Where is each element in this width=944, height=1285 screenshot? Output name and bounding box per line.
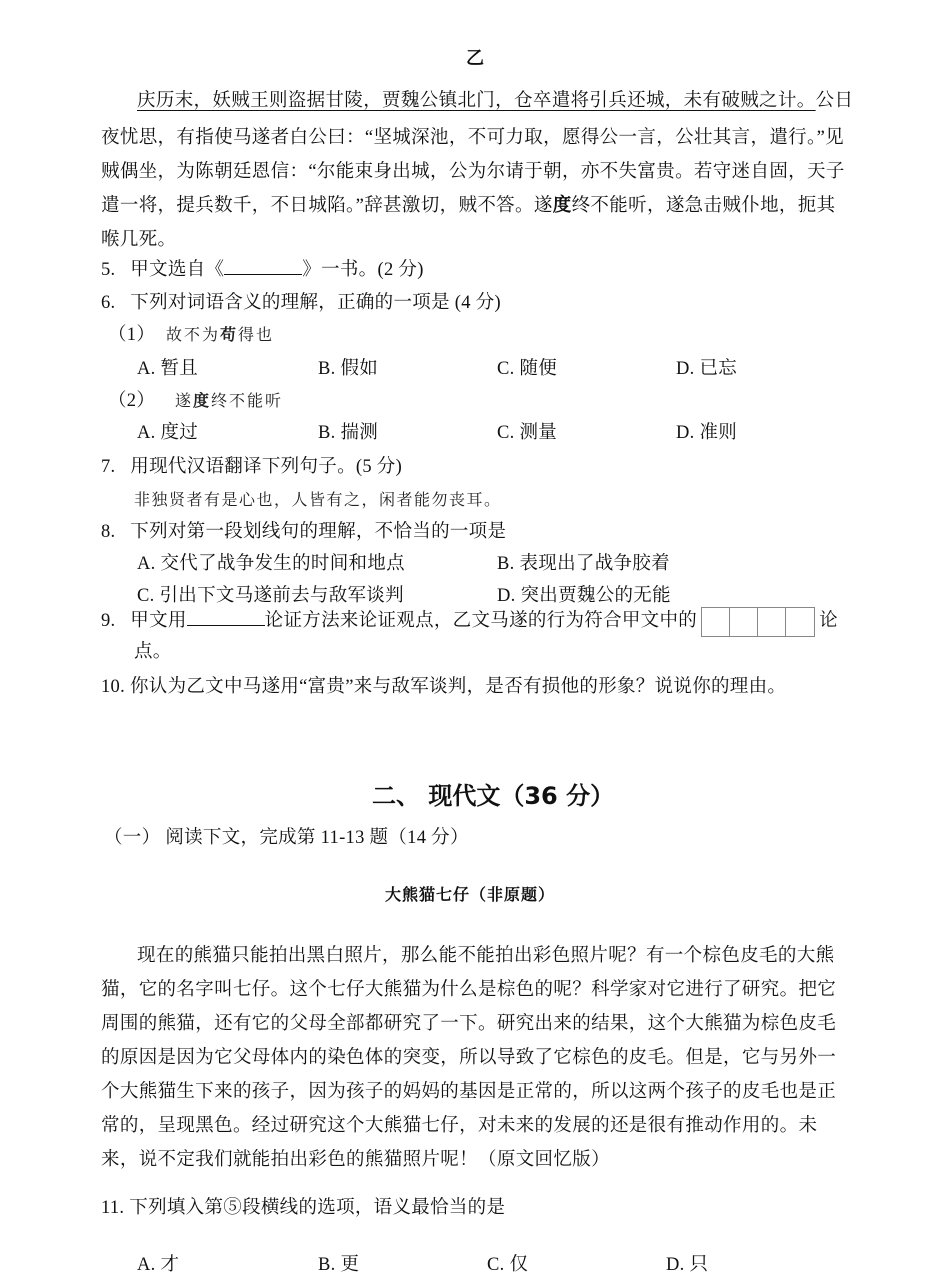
answer-blank[interactable]	[224, 256, 302, 275]
answer-box[interactable]	[786, 608, 814, 636]
q6-sub2-option-a[interactable]: A. 度过	[137, 418, 198, 444]
phrase-pre: 故不为	[166, 325, 220, 344]
question-text: 下列对词语含义的理解，正确的一项是 (4 分)	[130, 293, 501, 313]
line-pre: 遣一将，提兵数千，不日城陷。”辞甚激切，贼不答。遂	[101, 196, 553, 216]
article-line-6: 常的，呈现黑色。经过研究这个大熊猫七仔，对未来的发展的还是很有推动作用的。未	[101, 1111, 817, 1137]
q8-option-d[interactable]: D. 突出贾魏公的无能	[497, 581, 671, 607]
phrase-post: 终不能听	[211, 391, 283, 410]
question-text-end: 论	[819, 611, 838, 631]
q11-option-d[interactable]: D. 只	[666, 1250, 708, 1276]
question-text: 甲文用	[130, 611, 186, 631]
q11-option-a[interactable]: A. 才	[137, 1250, 179, 1276]
q6-sub2-label: （2）	[108, 386, 155, 412]
question-text: 甲文选自《	[130, 260, 224, 280]
article-line-2: 猫，它的名字叫七仔。这个七仔大熊猫为什么是棕色的呢？科学家对它进行了研究。把它	[101, 975, 836, 1001]
question-9-cont: 点。	[134, 637, 172, 663]
question-7: 7. 用现代汉语翻译下列句子。(5 分)	[101, 452, 402, 478]
q8-option-c[interactable]: C. 引出下文马遂前去与敌军谈判	[137, 581, 404, 607]
question-text: 用现代汉语翻译下列句子。(5 分)	[130, 457, 402, 477]
q11-option-b[interactable]: B. 更	[318, 1250, 359, 1276]
passage-line-1: 庆历末，妖贼王则盗据甘陵，贾魏公镇北门，仓卒遣将引兵还城，未有破贼之计。公日	[137, 86, 853, 112]
answer-box[interactable]	[758, 608, 786, 636]
bold-word: 度	[193, 391, 211, 410]
bold-word: 苟	[220, 325, 238, 344]
phrase-post: 得也	[238, 325, 274, 344]
passage-line-5: 喉几死。	[101, 225, 176, 251]
q6-sub1-option-c[interactable]: C. 随便	[497, 354, 557, 380]
article-line-4: 的原因是因为它父母体内的染色体的突变，所以导致了它棕色的皮毛。但是，它与另外一	[101, 1043, 836, 1069]
question-number: 8.	[101, 522, 115, 542]
question-11: 11. 下列填入第⑤段横线的选项，语义最恰当的是	[101, 1193, 505, 1219]
section-title: 二、 现代文（36 分）	[372, 776, 614, 811]
question-number: 6.	[101, 293, 115, 313]
q6-sub2-phrase: 遂度终不能听	[175, 388, 283, 411]
bold-word: 度	[553, 196, 572, 216]
line-post: 终不能听，遂急击贼仆地，扼其	[572, 196, 836, 216]
q6-sub1-option-a[interactable]: A. 暂且	[137, 354, 198, 380]
line-rest: 公日	[816, 91, 854, 111]
question-text: 你认为乙文中马遂用“富贵”来与敌军谈判，是否有损他的形象？说说你的理由。	[130, 677, 786, 697]
question-text-end: 》一书。(2 分)	[302, 260, 423, 280]
question-number: 10.	[101, 677, 125, 697]
question-text-mid: 论证方法来论证观点，乙文马遂的行为符合甲文中的	[265, 611, 697, 631]
question-text: 下列对第一段划线句的理解，不恰当的一项是	[130, 522, 506, 542]
phrase-pre: 遂	[175, 391, 193, 410]
q7-sentence: 非独贤者有是心也，人皆有之，闲者能勿丧耳。	[134, 487, 502, 510]
underlined-sentence: 庆历末，妖贼王则盗据甘陵，贾魏公镇北门，仓卒遣将引兵还城，未有破贼之计。	[137, 91, 816, 111]
q8-option-a[interactable]: A. 交代了战争发生的时间和地点	[137, 549, 405, 575]
passage-line-3: 贼偶坐，为陈朝廷恩信：“尔能束身出城，公为尔请于朝，亦不失富贵。若守迷自固，天子	[101, 157, 845, 183]
q6-sub1-option-b[interactable]: B. 假如	[318, 354, 378, 380]
answer-blank[interactable]	[187, 607, 265, 626]
passage-b-title: 乙	[466, 44, 484, 70]
passage-line-4: 遣一将，提兵数千，不日城陷。”辞甚激切，贼不答。遂度终不能听，遂急击贼仆地，扼其	[101, 191, 835, 217]
question-6: 6. 下列对词语含义的理解，正确的一项是 (4 分)	[101, 288, 501, 314]
answer-boxes[interactable]	[701, 607, 815, 637]
answer-box[interactable]	[702, 608, 730, 636]
q6-sub1-phrase: 故不为苟得也	[166, 322, 274, 345]
question-5: 5. 甲文选自《》一书。(2 分)	[101, 255, 424, 281]
question-number: 7.	[101, 457, 115, 477]
article-line-3: 周围的熊猫，还有它的父母全部都研究了一下。研究出来的结果，这个大熊猫为棕色皮毛	[101, 1009, 836, 1035]
article-line-7: 来，说不定我们就能拍出彩色的熊猫照片呢！（原文回忆版）	[101, 1145, 610, 1171]
q6-sub1-label: （1）	[108, 320, 155, 346]
question-number: 9.	[101, 611, 115, 631]
question-9: 9. 甲文用论证方法来论证观点，乙文马遂的行为符合甲文中的论	[101, 606, 838, 637]
passage-line-2: 夜忧思，有指使马遂者白公曰：“坚城深池，不可力取，愿得公一言，公壮其言，遣行。”…	[101, 123, 844, 149]
answer-box[interactable]	[730, 608, 758, 636]
q8-option-b[interactable]: B. 表现出了战争胶着	[497, 549, 670, 575]
question-10: 10. 你认为乙文中马遂用“富贵”来与敌军谈判，是否有损他的形象？说说你的理由。	[101, 672, 786, 698]
article-line-1: 现在的熊猫只能拍出黑白照片，那么能不能拍出彩色照片呢？有一个棕色皮毛的大熊	[137, 941, 834, 967]
question-8: 8. 下列对第一段划线句的理解，不恰当的一项是	[101, 517, 506, 543]
q11-option-c[interactable]: C. 仅	[487, 1250, 528, 1276]
article-title: 大熊猫七仔（非原题）	[385, 882, 555, 905]
q6-sub2-option-b[interactable]: B. 揣测	[318, 418, 378, 444]
q6-sub2-option-c[interactable]: C. 测量	[497, 418, 557, 444]
question-number: 5.	[101, 260, 115, 280]
q6-sub2-option-d[interactable]: D. 准则	[676, 418, 737, 444]
article-line-5: 个大熊猫生下来的孩子，因为孩子的妈妈的基因是正常的，所以这两个孩子的皮毛也是正	[101, 1077, 836, 1103]
q6-sub1-option-d[interactable]: D. 已忘	[676, 354, 737, 380]
section-subtitle: （一） 阅读下文，完成第 11-13 题（14 分）	[104, 823, 469, 849]
